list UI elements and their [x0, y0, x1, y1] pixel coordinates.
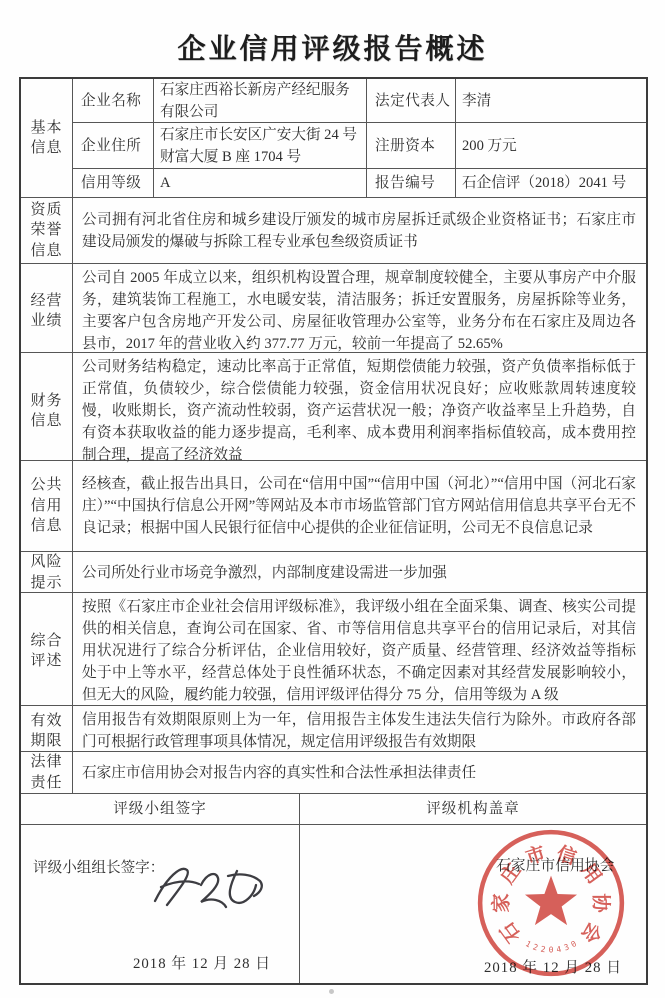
org-seal-cell: 石家庄市信用协会 2018 年 12 月 28 日 石家庄市信用协会 12204… — [300, 825, 646, 983]
section-content: 经核查，截止报告出具日，公司在“信用中国”“信用中国（河北）”“信用中国（河北石… — [73, 461, 646, 551]
section-label: 法律责任 — [21, 752, 73, 793]
svg-text:0: 0 — [549, 945, 554, 955]
team-sign-header: 评级小组签字 — [21, 794, 300, 824]
team-sign-cell: 评级小组组长签字： 2018 年 12 月 28 日 — [21, 825, 300, 983]
svg-text:4: 4 — [556, 944, 563, 955]
svg-text:家: 家 — [489, 893, 512, 912]
svg-text:市: 市 — [523, 842, 548, 870]
company-name-value: 石家庄西裕长新房产经纪服务有限公司 — [154, 79, 367, 123]
report-number-label: 报告编号 — [367, 169, 456, 197]
stamp-code-text: 1220430 — [524, 938, 578, 954]
section-content: 石家庄市信用协会对报告内容的真实性和合法性承担法律责任 — [73, 752, 646, 793]
rating-table: 基本信息 企业名称 石家庄西裕长新房产经纪服务有限公司 法定代表人 李清 企业住… — [19, 77, 648, 985]
section-label: 公共信用信息 — [21, 461, 73, 551]
report-page: 企业信用评级报告概述 基本信息 企业名称 石家庄西裕长新房产经纪服务有限公司 法… — [0, 0, 665, 998]
svg-text:用: 用 — [577, 860, 606, 888]
svg-text:会: 会 — [576, 918, 606, 948]
registered-capital-label: 注册资本 — [367, 123, 456, 169]
svg-text:石: 石 — [496, 918, 525, 946]
report-number-value: 石企信评（2018）2041 号 — [456, 169, 646, 197]
stamp-star-icon — [525, 876, 577, 925]
signoff-body-row: 评级小组组长签字： 2018 年 12 月 28 日 石家庄市信用协会 2018… — [21, 825, 646, 983]
company-address-value: 石家庄市长安区广安大街 24 号财富大厦 B 座 1704 号 — [154, 123, 367, 169]
page-title: 企业信用评级报告概述 — [0, 27, 665, 67]
section-label: 财务信息 — [21, 353, 73, 469]
svg-text:庄: 庄 — [496, 859, 526, 888]
section-content: 公司财务结构稳定，速动比率高于正常值，短期偿债能力较强，资产负债率指标低于正常值… — [73, 353, 646, 469]
section-label: 综合评述 — [21, 593, 73, 709]
leader-signature — [149, 857, 277, 923]
section-content: 公司所处行业市场竞争激烈，内部制度建设需进一步加强 — [73, 552, 646, 593]
official-red-stamp: 石家庄市信用协会 1220430 — [470, 822, 632, 984]
credit-grade-value: A — [154, 169, 367, 197]
registered-capital-value: 200 万元 — [456, 123, 646, 169]
svg-text:信: 信 — [554, 842, 580, 870]
signoff-header-row: 评级小组签字 评级机构盖章 — [21, 794, 646, 825]
page-number-mark — [329, 989, 334, 994]
basic-info-block: 基本信息 企业名称 石家庄西裕长新房产经纪服务有限公司 法定代表人 李清 企业住… — [21, 79, 646, 198]
company-name-label: 企业名称 — [73, 79, 154, 123]
org-seal-header: 评级机构盖章 — [300, 794, 646, 824]
section-label: 经营业绩 — [21, 264, 73, 358]
svg-text:2: 2 — [532, 941, 540, 952]
section-validity: 有效期限 信用报告有效期限原则上为一年，信用报告主体发生违法失信行为除外。市政府… — [21, 706, 646, 752]
section-label: 有效期限 — [21, 706, 73, 756]
company-address-label: 企业住所 — [73, 123, 154, 169]
section-risk: 风险提示 公司所处行业市场竞争激烈，内部制度建设需进一步加强 — [21, 552, 646, 593]
section-qualification: 资质荣誉信息 公司拥有河北省住房和城乡建设厅颁发的城市房屋拆迁贰级企业资格证书；… — [21, 198, 646, 264]
svg-text:0: 0 — [569, 938, 578, 949]
legal-rep-label: 法定代表人 — [367, 79, 456, 123]
section-performance: 经营业绩 公司自 2005 年成立以来，组织机构设置合理，规章制度较健全，主要从… — [21, 264, 646, 353]
section-content: 信用报告有效期限原则上为一年，信用报告主体发生违法失信行为除外。市政府各部门可根… — [73, 706, 646, 756]
section-overall-review: 综合评述 按照《石家庄市企业社会信用评级标准》，我评级小组在全面采集、调查、核实… — [21, 593, 646, 706]
basic-info-section-label: 基本信息 — [21, 79, 73, 197]
team-sign-date: 2018 年 12 月 28 日 — [133, 953, 271, 975]
section-content: 公司拥有河北省住房和城乡建设厅颁发的城市房屋拆迁贰级企业资格证书；石家庄市建设局… — [73, 198, 646, 263]
section-content: 按照《石家庄市企业社会信用评级标准》，我评级小组在全面采集、调查、核实公司提供的… — [73, 593, 646, 709]
legal-rep-value: 李清 — [456, 79, 646, 123]
svg-text:协: 协 — [590, 893, 613, 913]
section-legal: 法律责任 石家庄市信用协会对报告内容的真实性和合法性承担法律责任 — [21, 752, 646, 794]
leader-sign-label: 评级小组组长签字： — [33, 857, 164, 879]
section-public-credit: 公共信用信息 经核查，截止报告出具日，公司在“信用中国”“信用中国（河北）”“信… — [21, 461, 646, 552]
section-label: 风险提示 — [21, 552, 73, 593]
section-content: 公司自 2005 年成立以来，组织机构设置合理，规章制度较健全，主要从事房产中介… — [73, 264, 646, 358]
credit-grade-label: 信用等级 — [73, 169, 154, 197]
svg-text:2: 2 — [540, 944, 547, 955]
section-label: 资质荣誉信息 — [21, 198, 73, 263]
section-finance: 财务信息 公司财务结构稳定，速动比率高于正常值，短期偿债能力较强，资产负债率指标… — [21, 353, 646, 461]
